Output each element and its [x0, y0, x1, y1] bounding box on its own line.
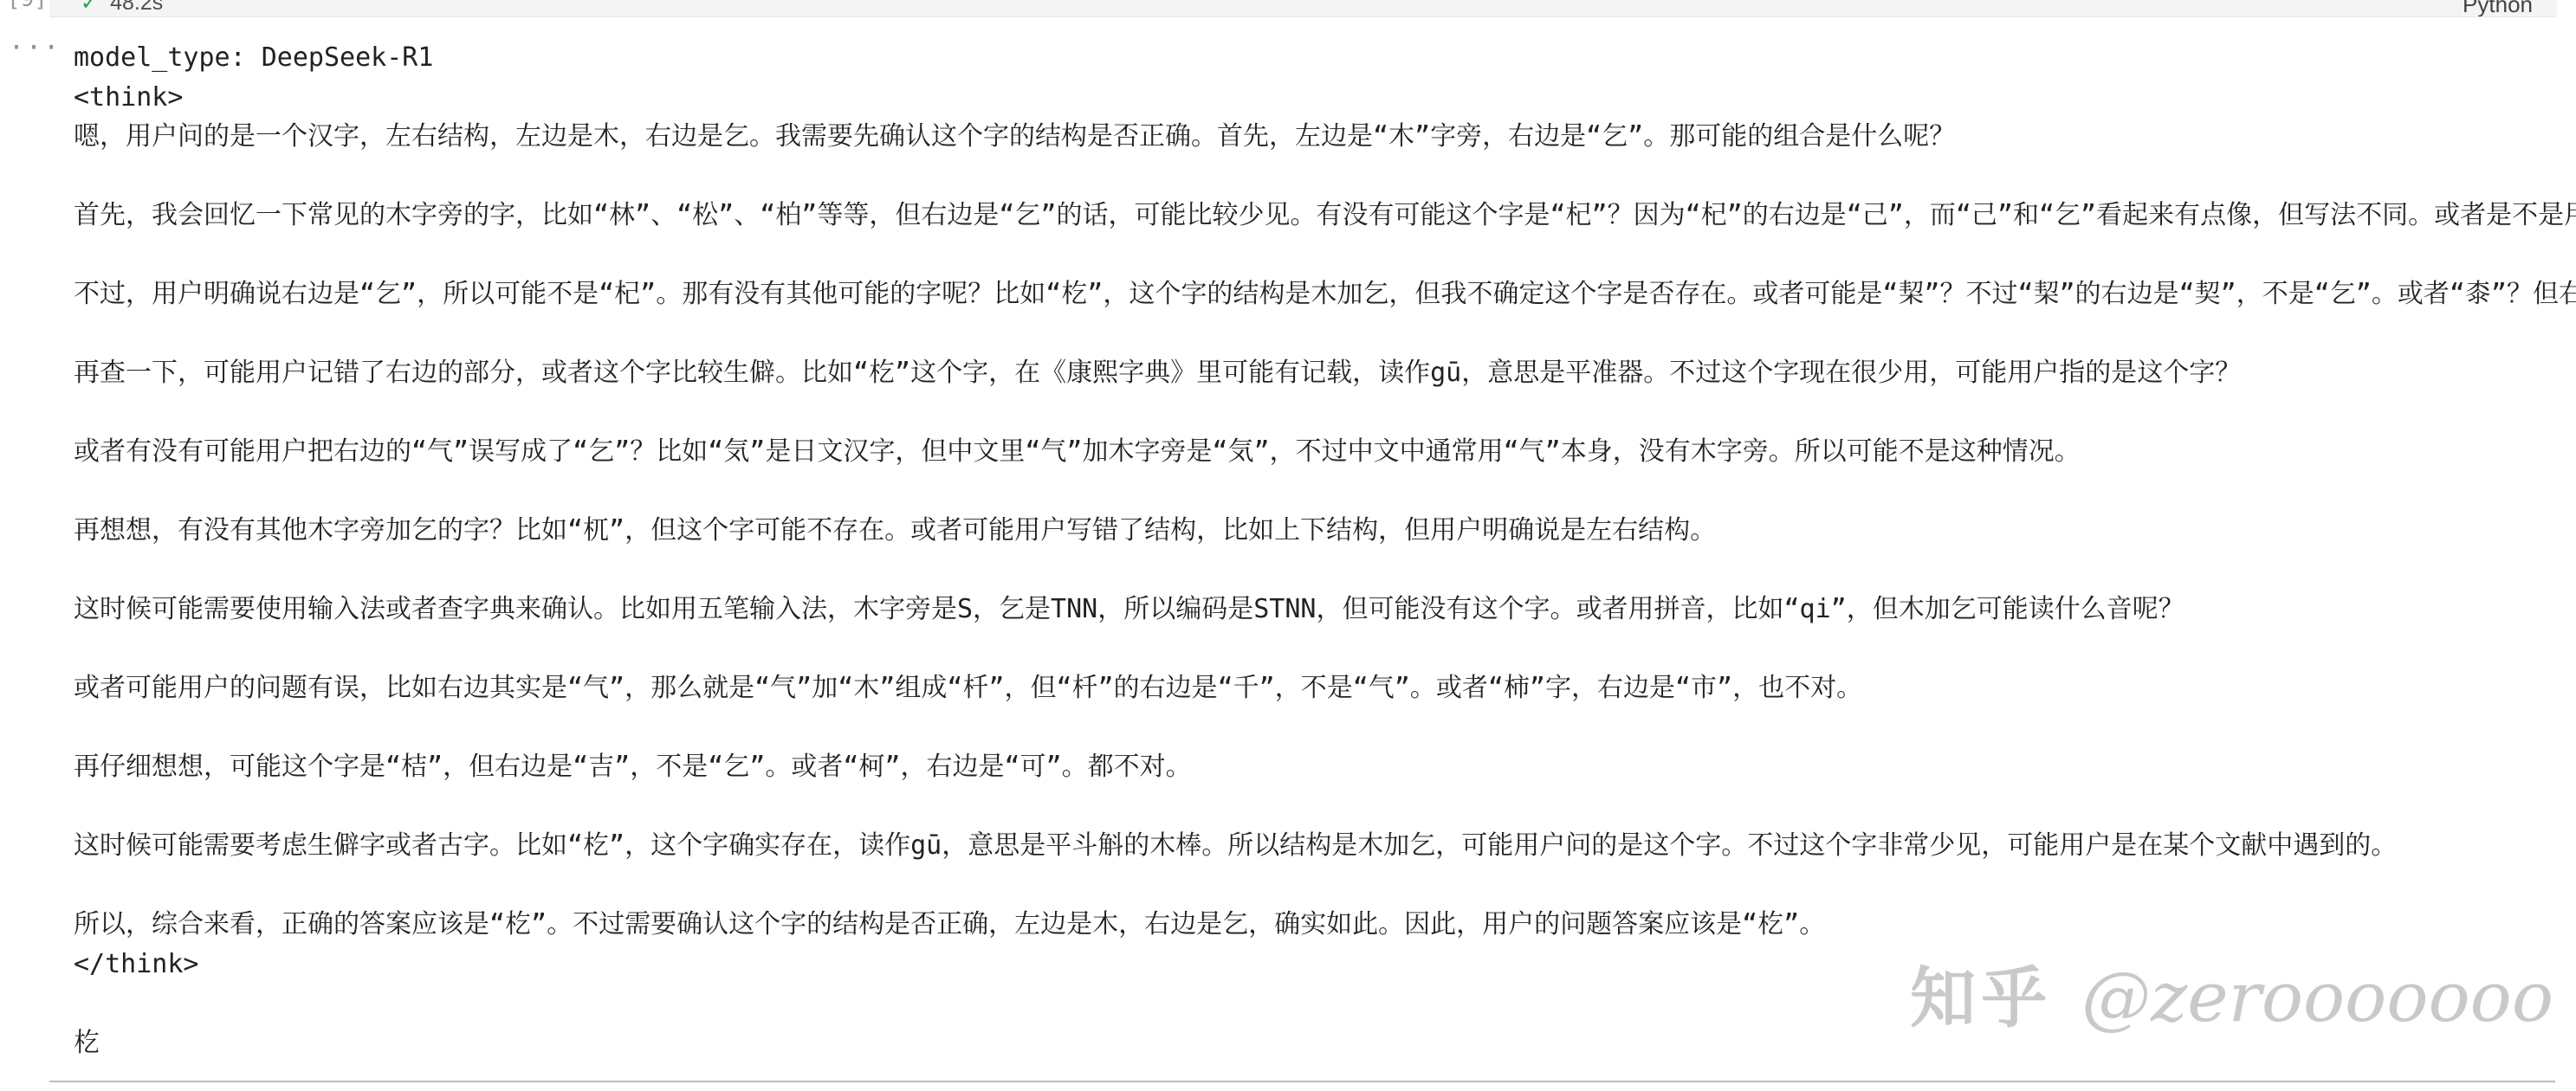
watermark-username: @zerooooooo	[2081, 957, 2553, 1037]
output-line: model_type: DeepSeek-R1	[74, 38, 2576, 78]
output-line: 这时候可能需要使用输入法或者查字典来确认。比如用五笔输入法，木字旁是S，乞是TN…	[74, 590, 2576, 629]
output-line	[74, 551, 2576, 591]
output-line: 所以，综合来看，正确的答案应该是“杚”。不过需要确认这个字的结构是否正确，左边是…	[74, 905, 2576, 945]
output-line: 嗯，用户问的是一个汉字，左右结构，左边是木，右边是乞。我需要先确认这个字的结构是…	[74, 117, 2576, 157]
cell-status-bar-content: ✓ 48.2s Python	[49, 0, 2557, 17]
success-check-icon: ✓	[81, 0, 98, 16]
output-line: <think>	[74, 78, 2576, 118]
output-line	[74, 314, 2576, 354]
output-line: 这时候可能需要考虑生僻字或者古字。比如“杚”，这个字确实存在，读作gū，意思是平…	[74, 826, 2576, 866]
cell-bottom-divider	[49, 1081, 2555, 1082]
output-line: 或者可能用户的问题有误，比如右边其实是“气”，那么就是“气”加“木”组成“杄”，…	[74, 668, 2576, 708]
output-line	[74, 629, 2576, 669]
output-line	[74, 472, 2576, 512]
kernel-language-label[interactable]: Python	[2463, 0, 2533, 17]
zhihu-logo: 知乎	[1910, 946, 2052, 1040]
output-line: 首先，我会回忆一下常见的木字旁的字，比如“林”、“松”、“柏”等等，但右边是“乞…	[74, 196, 2576, 236]
output-line	[74, 157, 2576, 197]
output-line: 或者有没有可能用户把右边的“气”误写成了“乞”？比如“気”是日文汉字，但中文里“…	[74, 432, 2576, 472]
output-line	[74, 866, 2576, 906]
execution-duration: 48.2s	[110, 0, 163, 16]
output-line: 再仔细想想，可能这个字是“桔”，但右边是“吉”，不是“乞”。或者“柯”，右边是“…	[74, 747, 2576, 787]
model-output-text: model_type: DeepSeek-R1<think>嗯，用户问的是一个汉…	[74, 38, 2576, 1081]
cell-status-bar: ✓ 48.2s Python	[49, 0, 2557, 17]
watermark: 知乎 @zerooooooo	[1910, 946, 2553, 1040]
output-line	[74, 236, 2576, 275]
cell-execution-count: [9]	[7, 0, 48, 12]
output-line	[74, 393, 2576, 433]
output-line: 再查一下，可能用户记错了右边的部分，或者这个字比较生僻。比如“杚”这个字，在《康…	[74, 353, 2576, 393]
output-more-actions-icon[interactable]: ···	[9, 33, 61, 63]
output-line	[74, 787, 2576, 827]
output-line: 不过，用户明确说右边是“乞”，所以可能不是“杞”。那有没有其他可能的字呢？比如“…	[74, 274, 2576, 314]
output-line: 再想想，有没有其他木字旁加乞的字？比如“杌”，但这个字可能不存在。或者可能用户写…	[74, 511, 2576, 551]
output-line	[74, 708, 2576, 748]
